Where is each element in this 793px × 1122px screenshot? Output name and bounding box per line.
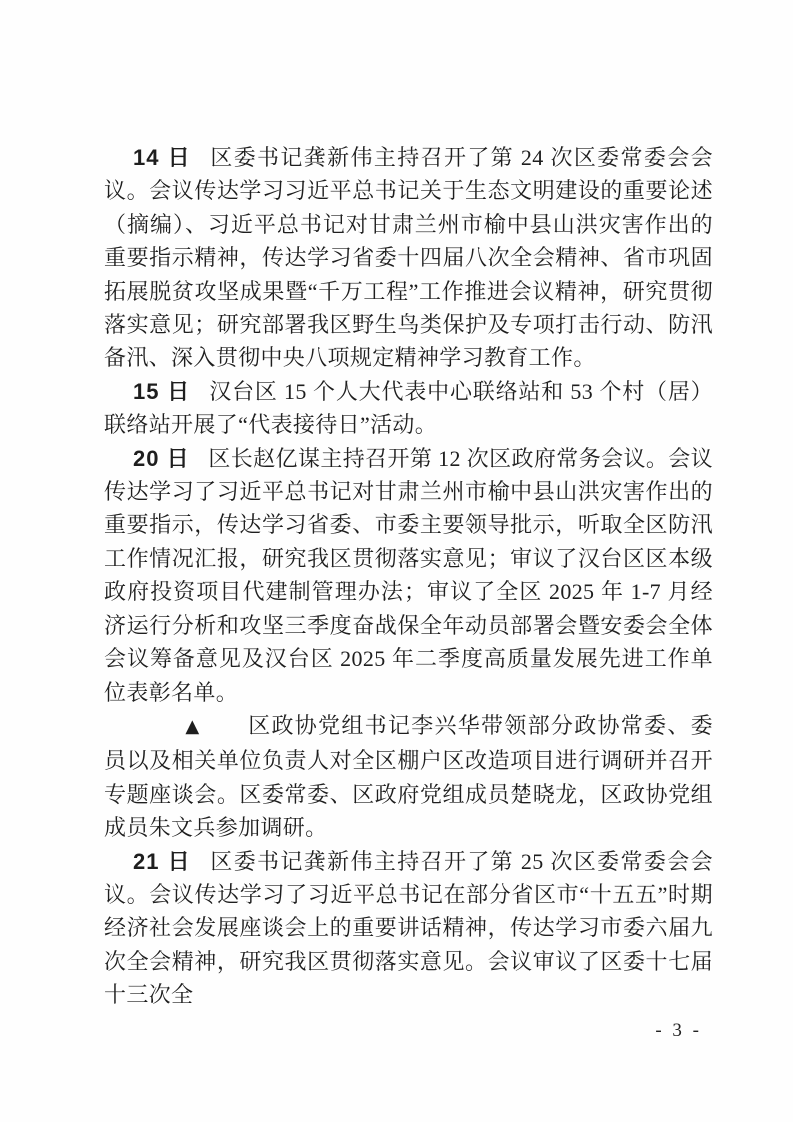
document-page: 14 日区委书记龚新伟主持召开了第 24 次区委常委会会议。会议传达学习习近平总… — [0, 0, 793, 1122]
triangle-bullet-icon: ▲ — [145, 710, 200, 743]
journal-entry: 21 日区委书记龚新伟主持召开了第 25 次区委常委会会议。会议传达学习了习近平… — [104, 845, 713, 1012]
entry-date-label: 20 日 — [133, 446, 190, 471]
entry-text: 区委书记龚新伟主持召开了第 24 次区委常委会会议。会议传达学习习近平总书记关于… — [104, 145, 713, 370]
journal-entry: ▲区政协党组书记李兴华带领部分政协常委、委员以及相关单位负责人对全区棚户区改造项… — [104, 709, 713, 845]
entry-date-label: 14 日 — [133, 145, 192, 170]
journal-entry: 20 日区长赵亿谋主持召开第 12 次区政府常务会议。会议传达学习了习近平总书记… — [104, 442, 713, 709]
entry-text: 区长赵亿谋主持召开第 12 次区政府常务会议。会议传达学习了习近平总书记对甘肃兰… — [104, 446, 713, 705]
entry-text: 区委书记龚新伟主持召开了第 25 次区委常委会会议。会议传达学习了习近平总书记在… — [104, 849, 713, 1008]
entry-text: 汉台区 15 个人大代表中心联络站和 53 个村（居）联络站开展了“代表接待日”… — [104, 379, 713, 437]
entry-date-label: 21 日 — [133, 849, 192, 874]
journal-entry: 15 日汉台区 15 个人大代表中心联络站和 53 个村（居）联络站开展了“代表… — [104, 375, 713, 442]
page-number: - 3 - — [655, 1020, 702, 1042]
entry-date-label: 15 日 — [133, 379, 191, 404]
journal-entry: 14 日区委书记龚新伟主持召开了第 24 次区委常委会会议。会议传达学习习近平总… — [104, 141, 713, 375]
document-body: 14 日区委书记龚新伟主持召开了第 24 次区委常委会会议。会议传达学习习近平总… — [104, 141, 713, 1012]
